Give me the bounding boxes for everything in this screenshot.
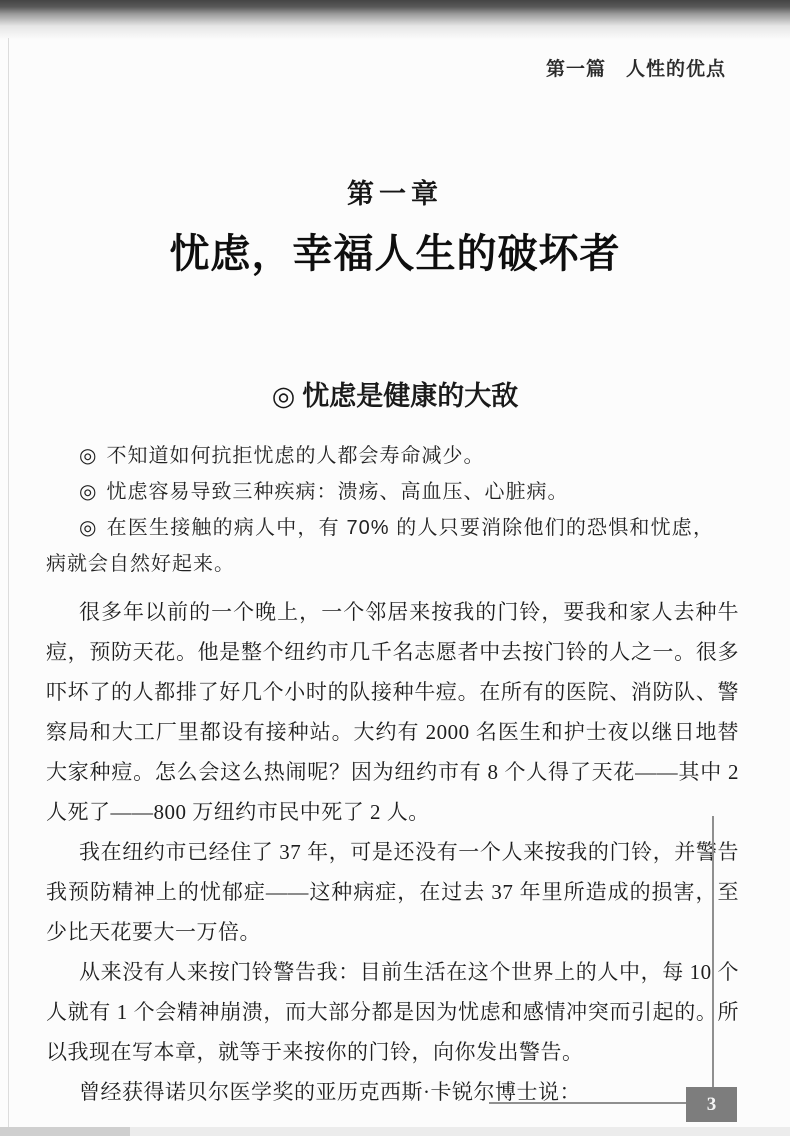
leader-line-horizontal xyxy=(489,1102,686,1104)
double-circle-bullet-icon: ◎ xyxy=(79,517,98,539)
body-paragraph: 从来没有人来按门铃警告我：目前生活在这个世界上的人中，每 10 个人就有 1 个… xyxy=(46,952,739,1072)
section-heading: ◎忧虑是健康的大敌 xyxy=(0,374,790,413)
key-point-text: 不知道如何抗拒忧虑的人都会寿命减少。 xyxy=(106,445,484,467)
section-heading-text: 忧虑是健康的大敌 xyxy=(302,381,518,411)
key-point: ◎不知道如何抗拒忧虑的人都会寿命减少。 xyxy=(46,438,714,474)
scan-shadow-top xyxy=(0,0,790,40)
running-header: 第一篇 人性的优点 xyxy=(546,54,726,81)
key-point-text: 忧虑容易导致三种疾病：溃疡、高血压、心脏病。 xyxy=(106,481,568,503)
double-circle-bullet-icon: ◎ xyxy=(79,481,97,503)
body-paragraph: 我在纽约市已经住了 37 年，可是还没有一个人来按我的门铃，并警告我预防精神上的… xyxy=(46,832,739,952)
body-text: 很多年以前的一个晚上，一个邻居来按我的门铃，要我和家人去种牛痘，预防天花。他是整… xyxy=(46,592,739,1112)
key-point: ◎忧虑容易导致三种疾病：溃疡、高血压、心脏病。 xyxy=(46,474,714,510)
double-circle-icon: ◎ xyxy=(272,381,296,411)
page-number-badge: 3 xyxy=(686,1087,737,1122)
chapter-title: 忧虑，幸福人生的破坏者 xyxy=(0,222,790,279)
double-circle-bullet-icon: ◎ xyxy=(79,445,97,467)
body-paragraph: 很多年以前的一个晚上，一个邻居来按我的门铃，要我和家人去种牛痘，预防天花。他是整… xyxy=(46,592,739,832)
body-paragraph: 曾经获得诺贝尔医学奖的亚历克西斯·卡锐尔博士说： xyxy=(46,1072,739,1112)
chapter-label: 第一章 xyxy=(0,172,790,211)
key-point: ◎在医生接触的病人中，有 70% 的人只要消除他们的恐惧和忧虑，病就会自然好起来… xyxy=(46,510,714,582)
page-number: 3 xyxy=(707,1094,717,1116)
leader-line-vertical xyxy=(712,816,714,1088)
scan-corner-bottom-left xyxy=(0,1127,130,1136)
key-points: ◎不知道如何抗拒忧虑的人都会寿命减少。 ◎忧虑容易导致三种疾病：溃疡、高血压、心… xyxy=(46,438,714,582)
key-point-text: 在医生接触的病人中，有 70% 的人只要消除他们的恐惧和忧虑，病就会自然好起来。 xyxy=(46,517,714,575)
